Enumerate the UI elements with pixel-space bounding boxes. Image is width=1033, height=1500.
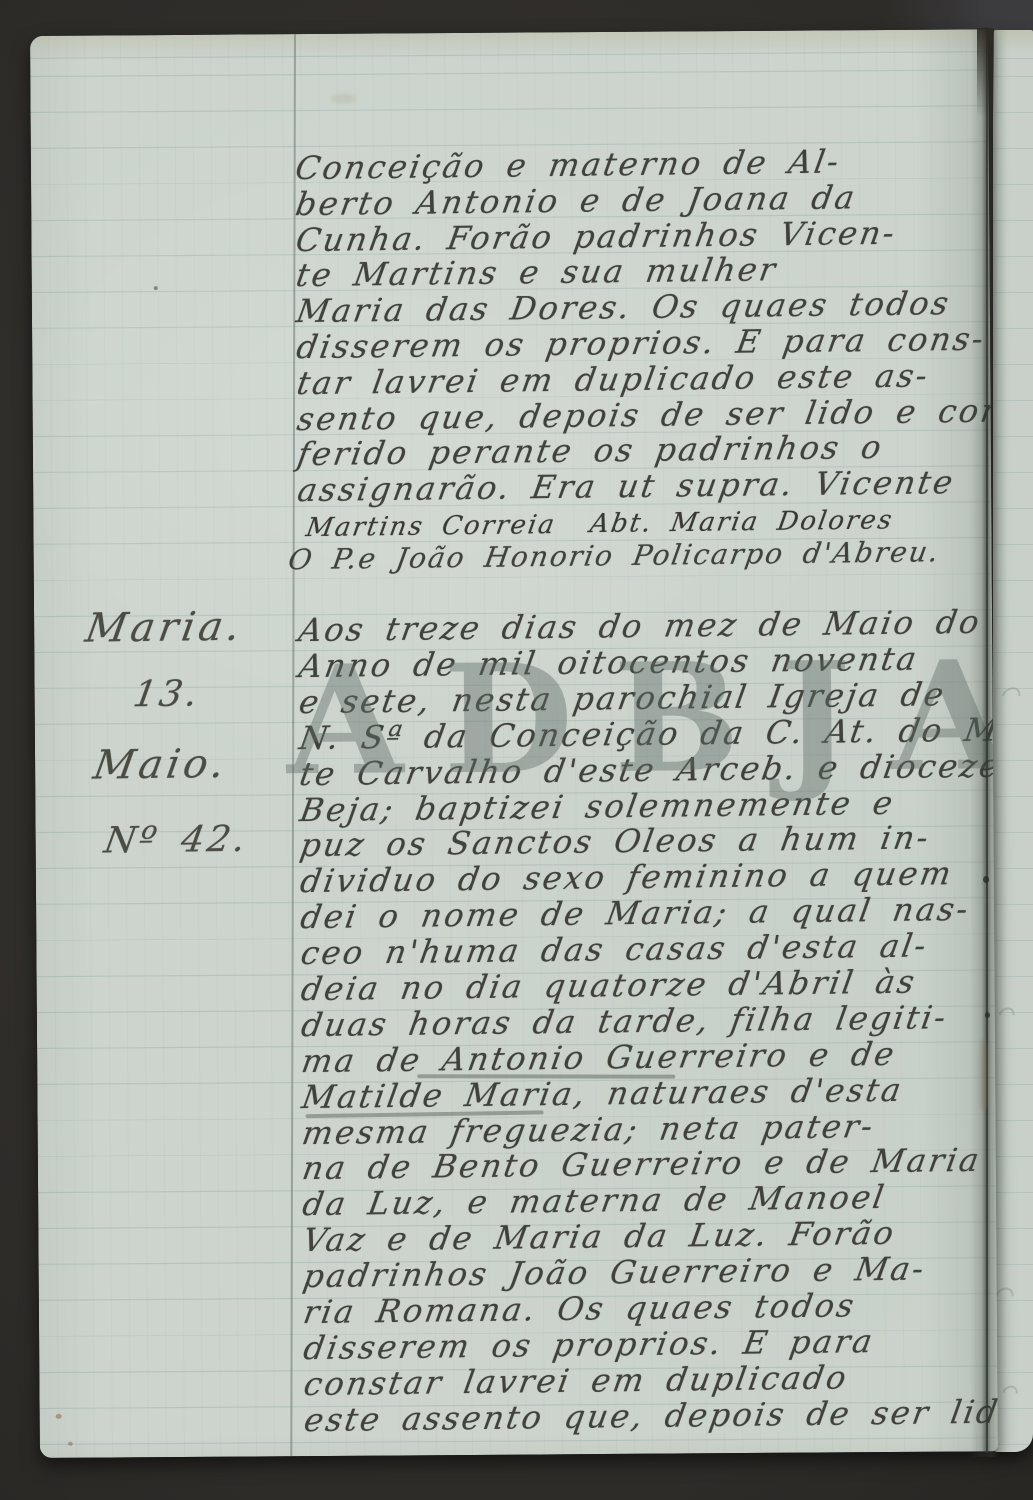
margin-note-name: Maria. [83,609,246,647]
scan-background: Conceição e materno de Al- berto Antonio… [0,0,1033,1500]
paper-speck [154,286,158,290]
manuscript-line: assignarão. Era ut supra. Vicente [295,464,958,508]
gutter-speck [983,876,989,883]
margin-note-month: Maio. [91,746,231,784]
show-through-mark [999,1383,1020,1404]
gutter-top-shadow [977,28,994,118]
archive-watermark: ADBJA [286,641,998,796]
paper-speck [56,1414,62,1419]
register-page: Conceição e materno de Al- berto Antonio… [30,29,998,1458]
gutter-speck [985,1012,990,1018]
book-gutter [970,27,998,1457]
facing-page-edge [993,30,1033,1452]
paper-stain [330,94,356,104]
margin-note-number: Nº 42. [102,822,251,860]
gutter-stain [980,1040,988,1110]
manuscript-line: este assento que, depois de ser lido e [302,1393,998,1438]
paper-speck [68,1442,73,1446]
margin-note-day: 13. [131,676,203,713]
gutter-crease-line [986,29,988,1453]
pencil-underline [417,1074,675,1078]
priest-signature: O P.e João Honorio Policarpo d'Abreu. [286,534,943,578]
show-through-mark [996,1004,1018,1025]
show-through-mark [998,684,1024,709]
